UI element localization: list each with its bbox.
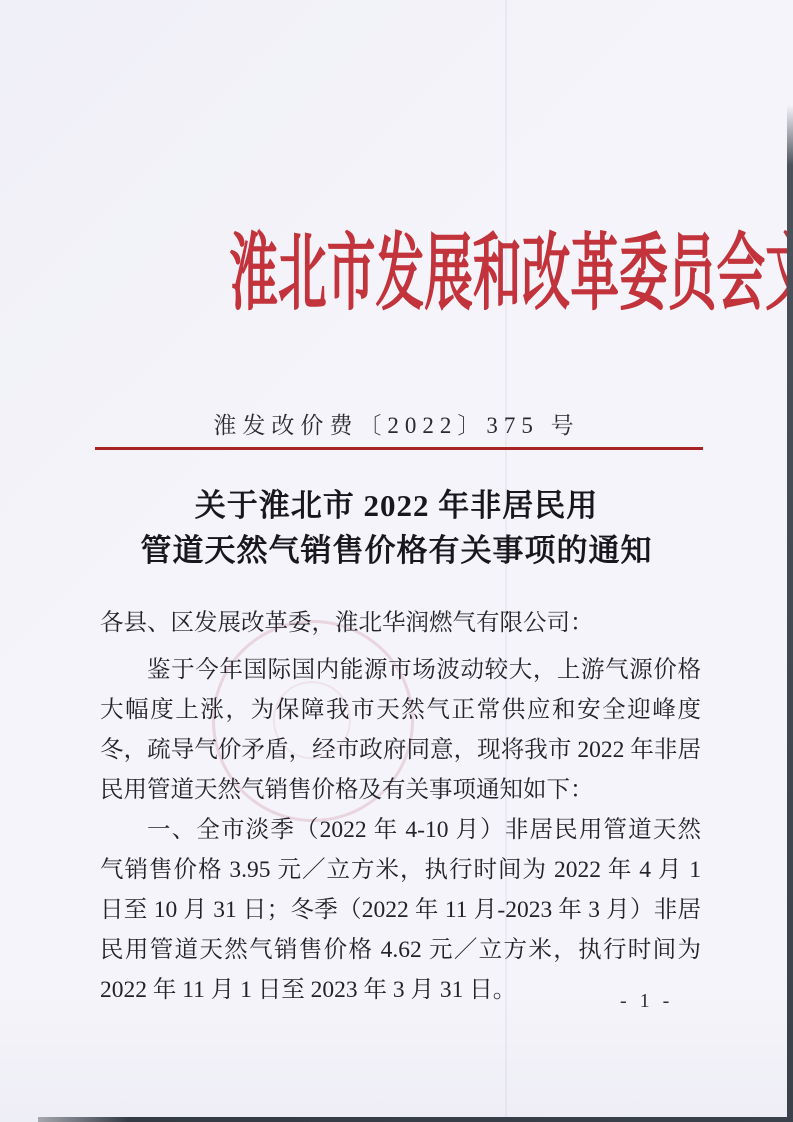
document-title-line1: 关于淮北市 2022 年非居民用 [0,483,793,528]
scan-shadow-right-edge [787,105,793,1122]
document-title: 关于淮北市 2022 年非居民用 管道天然气销售价格有关事项的通知 [0,483,793,573]
body-paragraph: 一、全市淡季（2022 年 4-10 月）非居民用管道天然气销售价格 3.95 … [100,810,701,1010]
agency-letterhead-text: 淮北市发展和改革委员会文件 [229,229,793,321]
document-number: 淮发改价费〔2022〕375 号 [0,407,793,440]
scan-shadow-bottom-edge [38,1117,793,1122]
body-paragraph: 鉴于今年国际国内能源市场波动较大，上游气源价格大幅度上涨，为保障我市天然气正常供… [100,650,701,810]
scanned-official-document: { "colors": { "paper": "#f5f4fa", "lette… [0,0,793,1122]
agency-letterhead: 淮北市发展和改革委员会文件 [0,229,793,321]
red-divider-rule [95,447,703,450]
document-title-line2: 管道天然气销售价格有关事项的通知 [0,528,793,573]
page-number: - 1 - [620,990,673,1013]
document-body: 各县、区发展改革委，淮北华润燃气有限公司： 鉴于今年国际国内能源市场波动较大，上… [100,603,701,1010]
recipients-line: 各县、区发展改革委，淮北华润燃气有限公司： [100,603,701,643]
